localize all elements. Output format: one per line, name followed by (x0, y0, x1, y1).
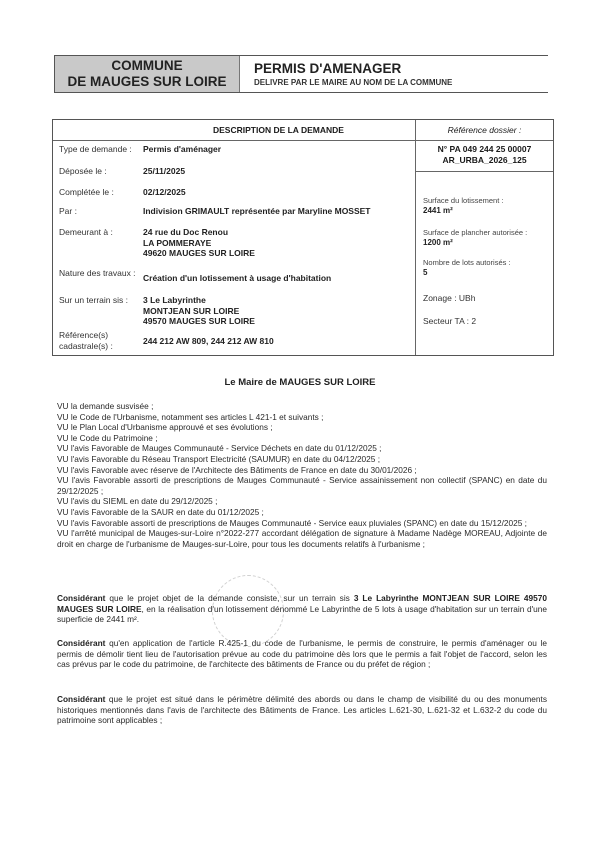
considerant-1: Considérant que le projet objet de la de… (57, 593, 547, 625)
vu-item: VU l'avis Favorable assorti de prescript… (57, 518, 547, 529)
commune-line1: COMMUNE (111, 58, 182, 74)
description-heading: DESCRIPTION DE LA DEMANDE (53, 120, 414, 140)
vu-item: VU le Code de l'Urbanisme, notamment ses… (57, 412, 547, 423)
row-label: Complétée le : (59, 187, 139, 198)
document-header: COMMUNE DE MAUGES SUR LOIRE PERMIS D'AME… (54, 55, 548, 93)
vu-item: VU l'avis Favorable de la SAUR en date d… (57, 507, 547, 518)
row-label: Sur un terrain sis : (59, 295, 143, 306)
commune-line2: DE MAUGES SUR LOIRE (67, 74, 226, 90)
stat-surface: Surface du lotissement : 2441 m² (423, 196, 503, 215)
row-label: Par : (59, 206, 139, 217)
row-label: Demeurant à : (59, 227, 139, 238)
row-label: Déposée le : (59, 166, 139, 177)
row-value: Permis d'aménager (143, 144, 413, 155)
stat-lots: Nombre de lots autorisés : 5 (423, 258, 511, 277)
considerant-3: Considérant que le projet est situé dans… (57, 694, 547, 726)
row-label: Nature des travaux : (59, 268, 139, 279)
vu-item: VU l'avis Favorable assorti de prescript… (57, 475, 547, 496)
vu-item: VU la demande susvisée ; (57, 401, 547, 412)
row-value: 244 212 AW 809, 244 212 AW 810 (143, 336, 413, 347)
row-label: Référence(s) cadastrale(s) : (59, 330, 129, 351)
considerant-2: Considérant qu'en application de l'artic… (57, 638, 547, 670)
stat-zonage: Zonage : UBh (423, 294, 475, 304)
row-value: 24 rue du Doc Renou LA POMMERAYE 49620 M… (143, 227, 413, 259)
mayor-heading: Le Maire de MAUGES SUR LOIRE (0, 377, 600, 388)
reference-heading: Référence dossier : (416, 120, 553, 140)
stat-secteur: Secteur TA : 2 (423, 317, 476, 327)
vu-item: VU l'avis Favorable du Réseau Transport … (57, 454, 547, 465)
vu-list: VU la demande susvisée ; VU le Code de l… (57, 401, 547, 549)
permit-title-box: PERMIS D'AMENAGER DELIVRE PAR LE MAIRE A… (240, 56, 548, 92)
vu-item: VU l'avis Favorable de Mauges Communauté… (57, 443, 547, 454)
permit-title: PERMIS D'AMENAGER (254, 61, 548, 77)
row-value: 3 Le Labyrinthe MONTJEAN SUR LOIRE 49570… (143, 295, 413, 327)
commune-box: COMMUNE DE MAUGES SUR LOIRE (54, 56, 240, 92)
vu-item: VU le Code du Patrimoine ; (57, 433, 547, 444)
vu-item: VU l'avis du SIEML en date du 29/12/2025… (57, 496, 547, 507)
vu-item: VU le Plan Local d'Urbanisme approuvé et… (57, 422, 547, 433)
permit-subtitle: DELIVRE PAR LE MAIRE AU NOM DE LA COMMUN… (254, 77, 548, 88)
row-label: Type de demande : (59, 144, 139, 155)
row-value: Création d'un lotissement à usage d'habi… (143, 273, 413, 284)
reference-box: N° PA 049 244 25 00007 AR_URBA_2026_125 (416, 141, 553, 172)
vu-item: VU l'avis Favorable avec réserve de l'Ar… (57, 465, 547, 476)
row-value: 25/11/2025 (143, 166, 413, 177)
vu-item: VU l'arrêté municipal de Mauges-sur-Loir… (57, 528, 547, 549)
row-value: 02/12/2025 (143, 187, 413, 198)
reference-code: AR_URBA_2026_125 (416, 155, 553, 166)
reference-number: N° PA 049 244 25 00007 (416, 144, 553, 155)
stat-plancher: Surface de plancher autorisée : 1200 m² (423, 228, 527, 247)
row-value: Indivision GRIMAULT représentée par Mary… (143, 206, 413, 217)
description-table: DESCRIPTION DE LA DEMANDE Référence doss… (52, 119, 554, 356)
